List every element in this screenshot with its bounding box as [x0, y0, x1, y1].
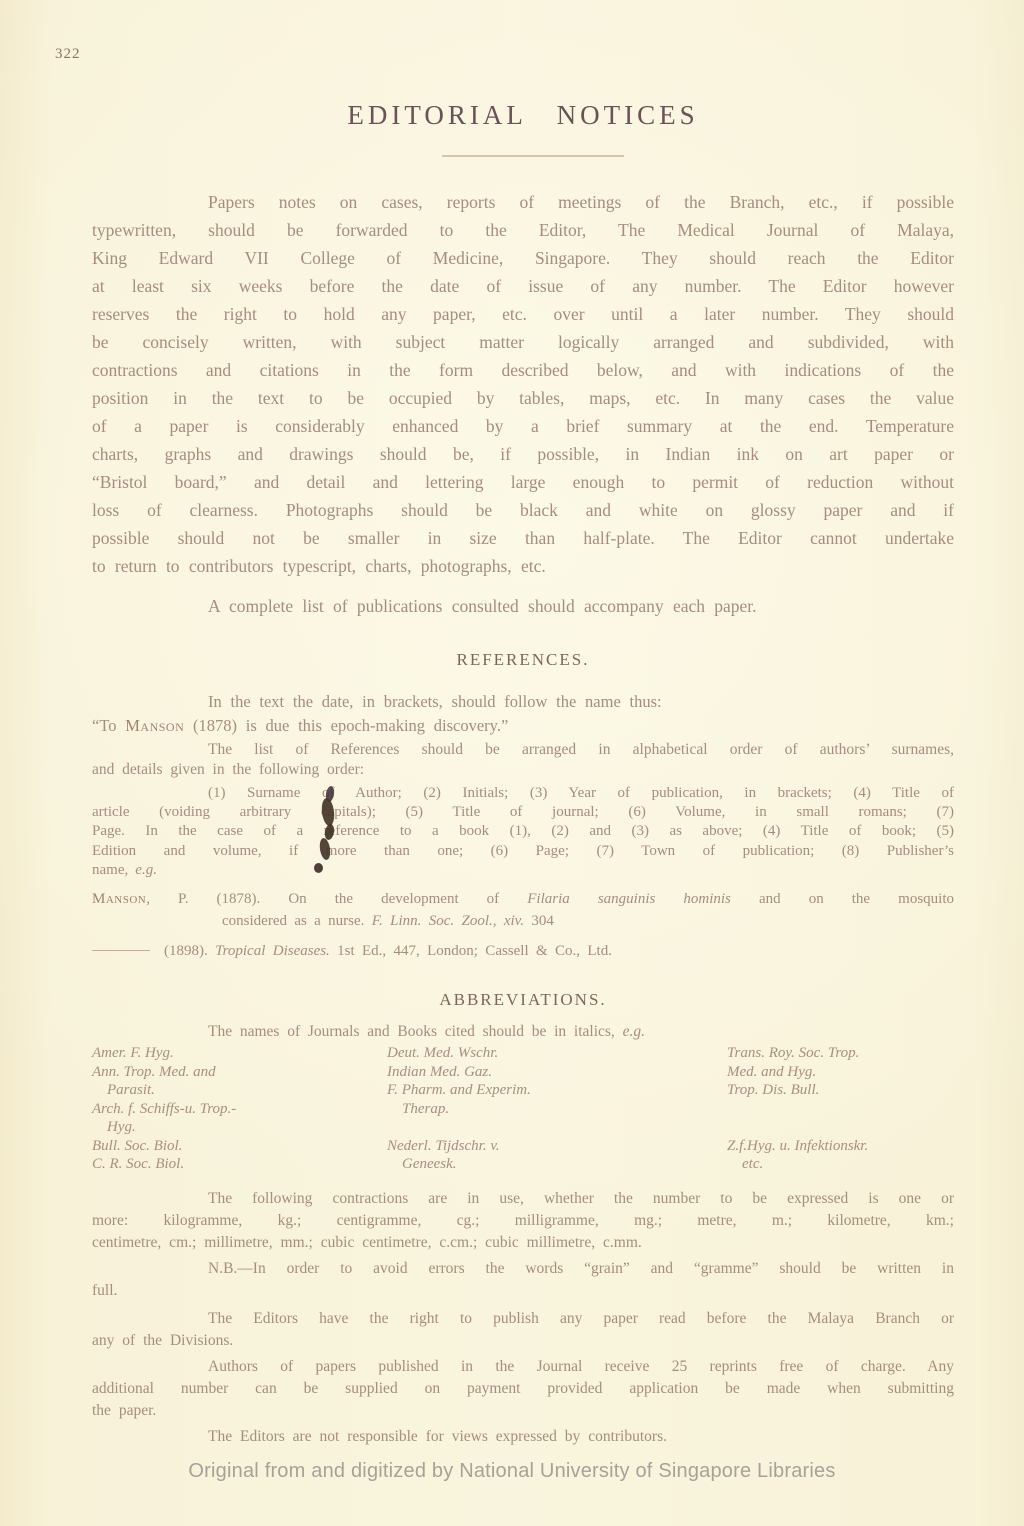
text-line: Authors of papers published in the Journ…	[92, 1356, 954, 1378]
text-line: Nederl. Tijdschr. v.	[387, 1137, 727, 1156]
text-line: The list of References should be arrange…	[92, 740, 954, 760]
text-line: contractions and citations in the form d…	[92, 356, 954, 384]
order-last-text: name,	[92, 862, 135, 878]
text-line: “Bristol board,” and detail and letterin…	[92, 468, 954, 496]
text-line: Hyg.	[92, 1118, 387, 1137]
text-line: Trop. Dis. Bull.	[727, 1081, 954, 1100]
reprints-paragraph: Authors of papers published in the Journ…	[92, 1356, 954, 1422]
repeated-author-dash	[92, 950, 150, 951]
text-line: (1) Surname of Author; (2) Initials; (3)…	[92, 784, 954, 803]
digitization-credit: Original from and digitized by National …	[0, 1460, 1024, 1483]
text-line: article (voiding arbitrary capitals); (5…	[92, 803, 954, 822]
ink-blot-segment	[320, 797, 335, 826]
title-divider-rule	[442, 155, 624, 157]
references-heading: REFERENCES.	[92, 650, 954, 670]
text-line: Papers notes on cases, reports of meetin…	[92, 188, 954, 216]
abbreviations-heading: ABBREVIATIONS.	[92, 990, 954, 1010]
ref-author-smallcaps: Manson	[92, 891, 146, 907]
text-line: King Edward VII College of Medicine, Sin…	[92, 244, 954, 272]
text-line: Z.f.Hyg. u. Infektionskr.	[727, 1137, 954, 1156]
text-line	[387, 1118, 727, 1137]
text-line: and details given in the following order…	[92, 760, 954, 780]
contractions-paragraph: The following contractions are in use, w…	[92, 1188, 954, 1254]
page-number: 322	[55, 46, 81, 63]
reference-entry-manson-1898: (1898). Tropical Diseases. 1st Ed., 447,…	[92, 940, 954, 962]
reference-entry-manson-1878: Manson, P. (1878). On the development of…	[92, 888, 954, 932]
text-line: F. Pharm. and Experim.	[387, 1081, 727, 1100]
ink-blot-segment	[318, 837, 331, 860]
ref-article-title-italic: Filaria sanguinis hominis	[527, 891, 731, 907]
text-line: Arch. f. Schiffs-u. Trop.-	[92, 1100, 387, 1119]
text-line: Med. and Hyg.	[727, 1063, 954, 1082]
text-line	[727, 1118, 954, 1137]
abbrev-note-eg: e.g.	[623, 1023, 645, 1040]
ref-text: (1898).	[164, 943, 215, 959]
text-line: Edition and volume, if more than one; (6…	[92, 842, 954, 861]
reference-line: Manson, P. (1878). On the development of…	[92, 888, 954, 910]
text-line: loss of clearness. Photographs should be…	[92, 496, 954, 524]
responsibility-note: The Editors are not responsible for view…	[92, 1426, 954, 1448]
text-line: The Editors have the right to publish an…	[92, 1308, 954, 1330]
text-line: full.	[92, 1280, 954, 1302]
text-line: Ann. Trop. Med. and	[92, 1063, 387, 1082]
intro-paragraph: Papers notes on cases, reports of meetin…	[92, 188, 954, 580]
ref-journal-italic: F. Linn. Soc. Zool., xiv.	[372, 913, 524, 929]
text-line: any of the Divisions.	[92, 1330, 954, 1352]
scanned-journal-page: { "page": { "number": "322", "title": "E…	[0, 0, 1024, 1526]
text-line: Geneesk.	[387, 1155, 727, 1174]
text-line: reserves the right to hold any paper, et…	[92, 300, 954, 328]
order-last-eg: e.g.	[135, 862, 157, 878]
text-line: Page. In the case of a reference to a bo…	[92, 822, 954, 841]
text-line: centimetre, cm.; millimetre, mm.; cubic …	[92, 1232, 954, 1254]
text-line: The following contractions are in use, w…	[92, 1188, 954, 1210]
references-arrangement: The list of References should be arrange…	[92, 740, 954, 780]
text-line: charts, graphs and drawings should be, i…	[92, 440, 954, 468]
ink-blot-dot	[314, 863, 323, 873]
text-line: more: kilogramme, kg.; centigramme, cg.;…	[92, 1210, 954, 1232]
text-line: at least six weeks before the date of is…	[92, 272, 954, 300]
example-prefix: “To	[92, 716, 125, 735]
abbreviations-column-3: Trans. Roy. Soc. Trop.Med. and Hyg.Trop.…	[727, 1044, 954, 1174]
text-line: C. R. Soc. Biol.	[92, 1155, 387, 1174]
text-line: be concisely written, with subject matte…	[92, 328, 954, 356]
nb-paragraph: N.B.—In order to avoid errors the words …	[92, 1258, 954, 1302]
text-line: Trans. Roy. Soc. Trop.	[727, 1044, 954, 1063]
publish-rights-paragraph: The Editors have the right to publish an…	[92, 1308, 954, 1352]
ref-text: considered as a nurse.	[222, 913, 372, 929]
abbreviations-column-2: Deut. Med. Wschr.Indian Med. Gaz.F. Phar…	[387, 1044, 727, 1174]
text-line: the paper.	[92, 1400, 954, 1422]
text-line: possible should not be smaller in size t…	[92, 524, 954, 552]
text-line: Parasit.	[92, 1081, 387, 1100]
text-line: N.B.—In order to avoid errors the words …	[92, 1258, 954, 1280]
complete-list-note: A complete list of publications consulte…	[92, 592, 954, 620]
abbreviations-note: The names of Journals and Books cited sh…	[92, 1022, 954, 1042]
references-intext-rule: In the text the date, in brackets, shoul…	[92, 690, 954, 714]
abbreviations-column-1: Amer. F. Hyg.Ann. Trop. Med. and Parasit…	[92, 1044, 387, 1174]
abbreviations-columns: Amer. F. Hyg.Ann. Trop. Med. and Parasit…	[92, 1044, 954, 1174]
ref-page: 304	[524, 913, 554, 929]
text-line: of a paper is considerably enhanced by a…	[92, 412, 954, 440]
text-line: additional number can be supplied on pay…	[92, 1378, 954, 1400]
example-author-smallcaps: Manson	[125, 716, 184, 735]
references-example: “To Manson (1878) is due this epoch-maki…	[92, 714, 954, 738]
text-line	[727, 1100, 954, 1119]
ref-text: , P. (1878). On the development of	[146, 891, 527, 907]
text-line: Indian Med. Gaz.	[387, 1063, 727, 1082]
text-line: Amer. F. Hyg.	[92, 1044, 387, 1063]
ref-text: and on the mosquito	[731, 891, 954, 907]
abbrev-note-text: The names of Journals and Books cited sh…	[208, 1023, 623, 1040]
ref-book-title-italic: Tropical Diseases.	[215, 943, 330, 959]
reference-line: considered as a nurse. F. Linn. Soc. Zoo…	[92, 910, 954, 932]
example-suffix: (1878) is due this epoch-making discover…	[184, 716, 508, 735]
ref-text: 1st Ed., 447, London; Cassell & Co., Ltd…	[330, 943, 612, 959]
text-line: typewritten, should be forwarded to the …	[92, 216, 954, 244]
text-line: position in the text to be occupied by t…	[92, 384, 954, 412]
text-line: to return to contributors typescript, ch…	[92, 552, 954, 580]
ink-blot	[314, 786, 344, 878]
page-title: EDITORIAL NOTICES	[92, 100, 954, 131]
references-order-last-line: name, e.g.	[92, 861, 954, 880]
text-line: Therap.	[387, 1100, 727, 1119]
text-line: Deut. Med. Wschr.	[387, 1044, 727, 1063]
references-order-list: (1) Surname of Author; (2) Initials; (3)…	[92, 784, 954, 861]
text-line: Bull. Soc. Biol.	[92, 1137, 387, 1156]
text-line: etc.	[727, 1155, 954, 1174]
